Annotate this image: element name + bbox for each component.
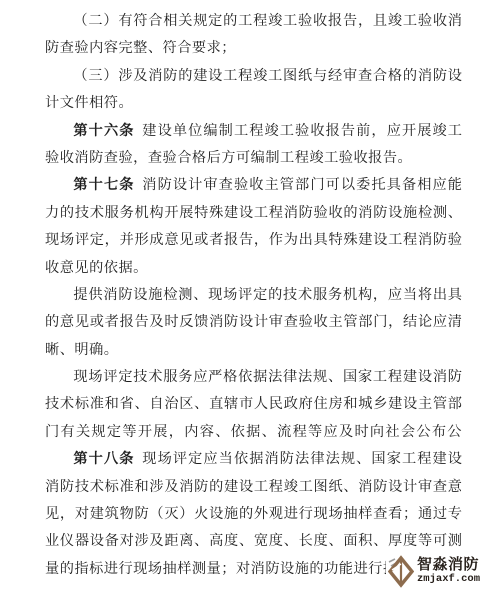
line-text: 收意见的依据。 xyxy=(45,260,148,276)
line-text: 消防技术标准和涉及消防的建设工程竣工图纸、消防设计审查意 xyxy=(45,479,462,495)
article-number: 第十六条 xyxy=(73,123,134,139)
document-body: （二）有符合相关规定的工程竣工验收报告，且竣工验收消防查验内容完整、符合要求；（… xyxy=(45,8,462,583)
text-line: 验收消防查验，查验合格后方可编制工程竣工验收报告。 xyxy=(45,145,462,172)
line-text: 提供消防设施检测、现场评定的技术服务机构，应当将出具 xyxy=(73,287,462,303)
line-text: （二）有符合相关规定的工程竣工验收报告，且竣工验收消 xyxy=(73,13,462,29)
text-line: 收意见的依据。 xyxy=(45,255,462,282)
text-line: 第十七条消防设计审查验收主管部门可以委托具备相应能 xyxy=(45,172,462,199)
text-line: 晰、明确。 xyxy=(45,337,462,364)
article-number: 第十七条 xyxy=(73,177,134,193)
line-text: 门有关规定等开展，内容、依据、流程等应及时向社会公布公开。 xyxy=(45,424,462,446)
line-text: 计文件相符。 xyxy=(45,95,133,111)
text-line: 计文件相符。 xyxy=(45,90,462,117)
text-line: 力的技术服务机构开展特殊建设工程消防验收的消防设施检测、 xyxy=(45,200,462,227)
text-line: 第十八条现场评定应当依据消防法律法规、国家工程建设 xyxy=(45,446,462,473)
zhimiao-logo-icon xyxy=(388,554,414,588)
line-text: 现场评定技术服务应严格依据法律法规、国家工程建设消防 xyxy=(73,369,462,385)
line-text: 消防设计审查验收主管部门可以委托具备相应能 xyxy=(142,177,462,193)
line-text: 防查验内容完整、符合要求； xyxy=(45,40,236,56)
line-text: 现场评定应当依据消防法律法规、国家工程建设 xyxy=(142,451,462,467)
text-line: 技术标准和省、自治区、直辖市人民政府住房和城乡建设主管部 xyxy=(45,391,462,418)
document-page: （二）有符合相关规定的工程竣工验收报告，且竣工验收消防查验内容完整、符合要求；（… xyxy=(0,0,498,598)
watermark-site: zmjaxf.com xyxy=(417,573,480,586)
text-line: 的意见或者报告及时反馈消防设计审查验收主管部门，结论应清 xyxy=(45,309,462,336)
text-line: 见，对建筑物防（灭）火设施的外观进行现场抽样查看；通过专 xyxy=(45,501,462,528)
line-text: 现场评定，并形成意见或者报告，作为出具特殊建设工程消防验 xyxy=(45,232,462,248)
line-text: 业仪器设备对涉及距离、高度、宽度、长度、面积、厚度等可测 xyxy=(45,533,462,549)
watermark-brand: 智淼消防 xyxy=(417,556,480,573)
text-line: 提供消防设施检测、现场评定的技术服务机构，应当将出具 xyxy=(45,282,462,309)
text-line: 现场评定技术服务应严格依据法律法规、国家工程建设消防 xyxy=(45,364,462,391)
text-line: （三）涉及消防的建设工程竣工图纸与经审查合格的消防设 xyxy=(45,63,462,90)
line-text: 力的技术服务机构开展特殊建设工程消防验收的消防设施检测、 xyxy=(45,205,462,221)
text-line: 第十六条建设单位编制工程竣工验收报告前，应开展竣工 xyxy=(45,118,462,145)
text-line: （二）有符合相关规定的工程竣工验收报告，且竣工验收消 xyxy=(45,8,462,35)
line-text: 验收消防查验，查验合格后方可编制工程竣工验收报告。 xyxy=(45,150,412,166)
watermark-text: 智淼消防 zmjaxf.com xyxy=(417,556,480,586)
article-number: 第十八条 xyxy=(73,451,134,467)
line-text: 见，对建筑物防（灭）火设施的外观进行现场抽样查看；通过专 xyxy=(45,506,462,522)
text-line: 门有关规定等开展，内容、依据、流程等应及时向社会公布公开。 xyxy=(45,419,462,446)
text-line: 现场评定，并形成意见或者报告，作为出具特殊建设工程消防验 xyxy=(45,227,462,254)
line-text: 技术标准和省、自治区、直辖市人民政府住房和城乡建设主管部 xyxy=(45,396,462,412)
text-line: 消防技术标准和涉及消防的建设工程竣工图纸、消防设计审查意 xyxy=(45,474,462,501)
text-line: 防查验内容完整、符合要求； xyxy=(45,35,462,62)
line-text: 建设单位编制工程竣工验收报告前，应开展竣工 xyxy=(142,123,462,139)
line-text: （三）涉及消防的建设工程竣工图纸与经审查合格的消防设 xyxy=(73,68,462,84)
line-text: 量的指标进行现场抽样测量；对消防设施的功能进行抽样 xyxy=(45,561,412,577)
watermark: 智淼消防 zmjaxf.com xyxy=(386,551,480,591)
line-text: 的意见或者报告及时反馈消防设计审查验收主管部门，结论应清 xyxy=(45,314,462,330)
line-text: 晰、明确。 xyxy=(45,342,118,358)
